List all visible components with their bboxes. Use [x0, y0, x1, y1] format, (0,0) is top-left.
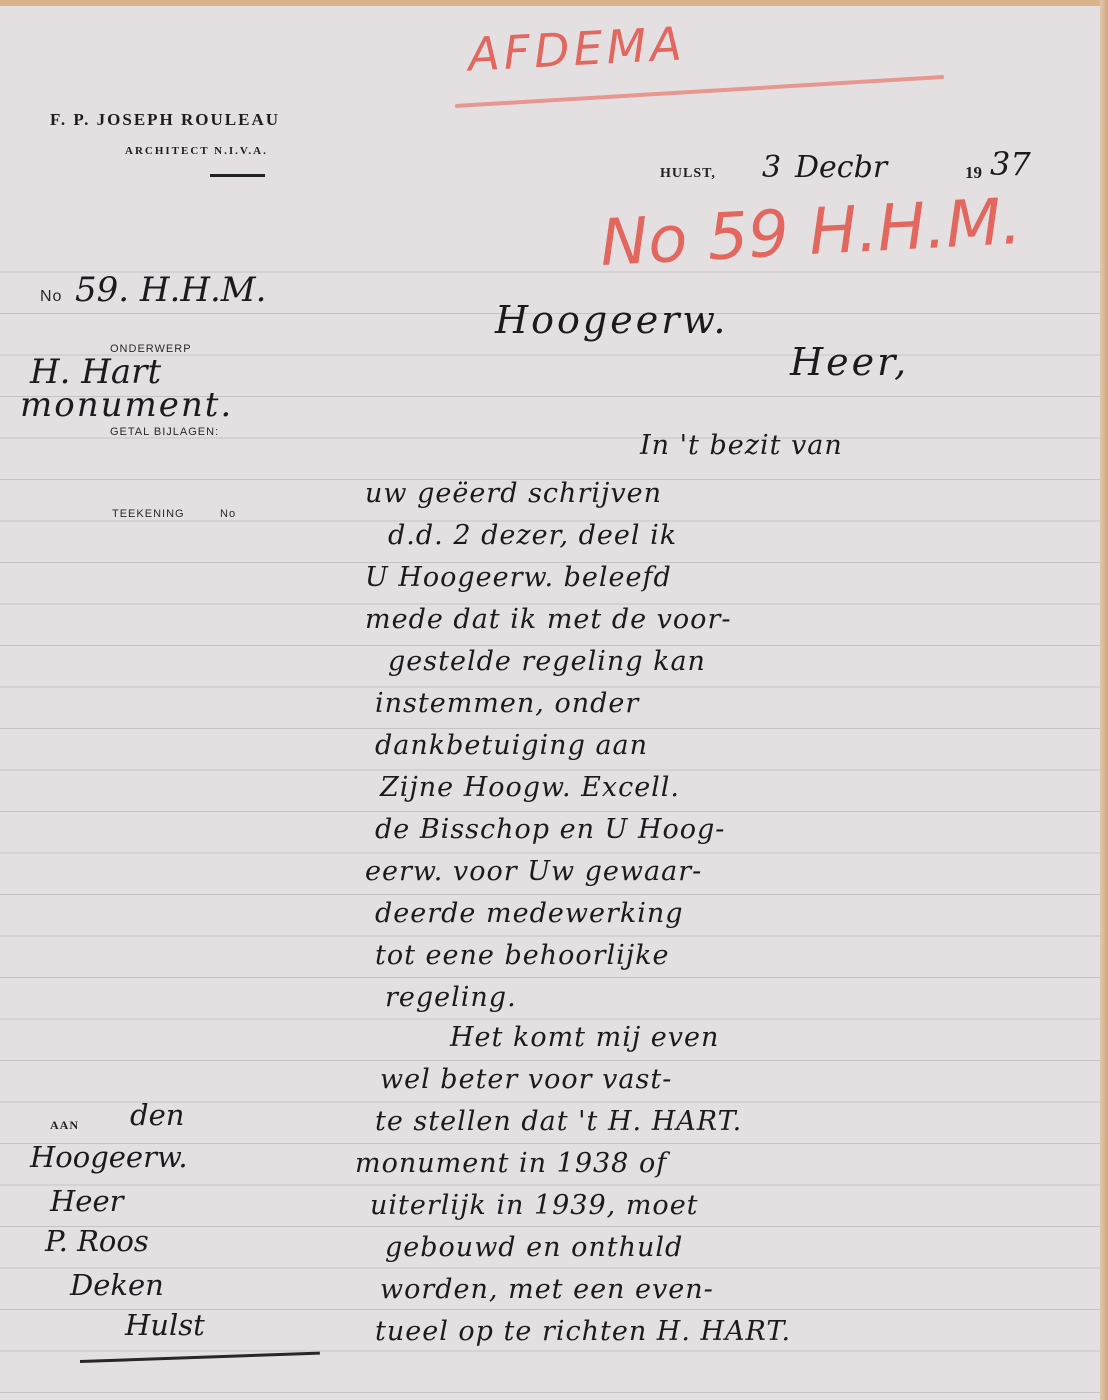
body-line: uiterlijk in 1939, moet	[370, 1190, 699, 1221]
aan-label: AAN	[50, 1118, 79, 1133]
date-day: 3	[762, 150, 781, 185]
date-month: Decbr	[795, 150, 887, 185]
body-line: worden, met een even-	[380, 1274, 714, 1305]
getal-bijlagen-label: GETAL BIJLAGEN:	[110, 426, 219, 438]
body-line: tueel op te richten H. HART.	[375, 1316, 791, 1347]
addressee-line: Heer	[50, 1184, 123, 1218]
place-label: HULST,	[660, 166, 716, 182]
body-line: d.d. 2 dezer, deel ik	[388, 520, 677, 551]
body-line: te stellen dat 't H. HART.	[375, 1106, 742, 1137]
salutation-line-2: Heer,	[790, 340, 909, 384]
letterhead-divider	[210, 174, 265, 177]
paper-edge	[1100, 0, 1108, 1400]
teekening-label: TEEKENING	[112, 508, 185, 520]
letterhead-name: F. P. JOSEPH ROULEAU	[50, 110, 280, 130]
body-line: de Bisschop en U Hoog-	[375, 814, 725, 845]
red-stamp-word: AFDEMA	[467, 16, 687, 81]
body-line: Zijne Hoogw. Excell.	[380, 772, 680, 803]
onderwerp-value-2: monument.	[20, 385, 233, 425]
addressee-line: Deken	[70, 1268, 164, 1302]
addressee-line: Hulst	[125, 1308, 205, 1342]
addressee-line: P. Roos	[45, 1224, 149, 1258]
body-line: gebouwd en onthuld	[385, 1232, 683, 1263]
teekening-no-label: No	[220, 508, 236, 520]
body-line: Het komt mij even	[450, 1022, 719, 1053]
body-line: wel beter voor vast-	[380, 1064, 672, 1095]
body-line: In 't bezit van	[640, 430, 843, 461]
body-line: U Hoogeerw. beleefd	[365, 562, 672, 593]
body-line: instemmen, onder	[375, 688, 639, 719]
date-year-prefix: 19	[965, 163, 982, 183]
reference-label: No	[40, 288, 62, 306]
body-line: eerw. voor Uw gewaar-	[365, 856, 702, 887]
salutation-line-1: Hoogeerw.	[495, 298, 728, 342]
date-year-suffix: 37	[990, 145, 1031, 183]
body-line: gestelde regeling kan	[388, 646, 706, 677]
letterhead-title: ARCHITECT N.I.V.A.	[125, 145, 268, 157]
body-line: regeling.	[385, 982, 517, 1013]
body-line: tot eene behoorlijke	[375, 940, 670, 971]
body-line: uw geëerd schrijven	[365, 478, 662, 509]
body-line: deerde medewerking	[375, 898, 684, 929]
body-line: monument in 1938 of	[355, 1148, 667, 1179]
body-line: mede dat ik met de voor-	[365, 604, 731, 635]
addressee-line: den	[130, 1098, 184, 1132]
body-line: dankbetuiging aan	[375, 730, 648, 761]
addressee-line: Hoogeerw.	[30, 1140, 188, 1174]
reference-value: 59. H.H.M.	[75, 270, 266, 310]
